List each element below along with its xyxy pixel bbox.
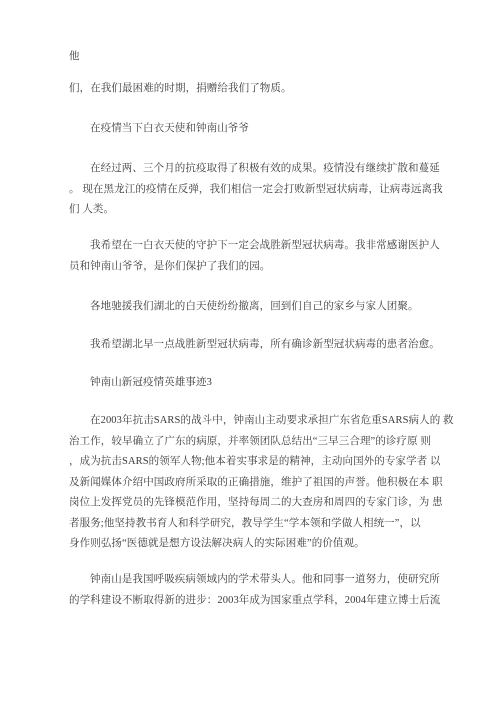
text-line: 各地驰援我们湖北的白天使纷纷撤离，回到们自己的家乡与家人团聚。	[69, 297, 441, 318]
section-heading: 钟南山新冠疫情英雄事迹3	[69, 373, 441, 394]
paragraph-angels-and-zhongnanshan: 在疫情当下白衣天使和钟南山爷爷	[69, 119, 441, 140]
text-line: 们，在我们最困难的时期，捐赠给我们了物质。	[69, 79, 441, 100]
text-line: 在经过两、三个月的抗疫取得了积极有效的成果。疫情没有继续扩散和蔓延	[69, 159, 441, 180]
document-page: 他 们，在我们最困难的时期，捐赠给我们了物质。 在疫情当下白衣天使和钟南山爷爷 …	[0, 0, 500, 707]
text-line: 在2003年抗击SARS的战斗中，钟南山主动要求承担广东省危重SARS病人的 救	[69, 411, 441, 432]
text-line: 岗位上发挥党员的先锋模范作用，坚持每周二的大查房和周四的专家门诊，为 患	[69, 493, 441, 514]
paragraph-donation: 们，在我们最困难的时期，捐赠给我们了物质。	[69, 79, 441, 100]
text-line: 在疫情当下白衣天使和钟南山爷爷	[69, 119, 441, 140]
text-line: 钟南山是我国呼吸疾病领域内的学术带头人。他和同事一道努力，使研究所	[69, 570, 441, 591]
text-line: 者服务;他坚持教书育人和科学研究，教导学生“学本领和学做人相统一”，以	[69, 514, 441, 535]
paragraph-hubei-wish: 我希望湖北早一点战胜新型冠状病毒，所有确诊新型冠状病毒的患者治愈。	[69, 335, 441, 356]
paragraph-hubei-withdrawal: 各地驰援我们湖北的白天使纷纷撤离，回到们自己的家乡与家人团聚。	[69, 297, 441, 318]
paragraph-epidemic-progress: 在经过两、三个月的抗疫取得了积极有效的成果。疫情没有继续扩散和蔓延 。 现在黑龙…	[69, 159, 441, 221]
text-line: ，成为抗击SARS的领军人物;他本着实事求是的精神，主动向国外的专家学者 以	[69, 452, 441, 473]
text-line: 身作则弘扬“医德就是想方设法解决病人的实际困难”的价值观。	[69, 534, 441, 555]
text-line: 治工作，较早确立了广东的病原，并率领团队总结出“三早三合理”的诊疗原 则	[69, 432, 441, 453]
section-heading-text: 钟南山新冠疫情英雄事迹3	[69, 373, 441, 394]
text-line: 。 现在黑龙江的疫情在反弹，我们相信一定会打败新型冠状病毒，让病毒远离我	[69, 180, 441, 201]
paragraph-hope-and-thanks: 我希望在一白衣天使的守护下一定会战胜新型冠状病毒。我非常感谢医护人 员和钟南山爷…	[69, 236, 441, 277]
paragraph-sars-2003-deeds: 在2003年抗击SARS的战斗中，钟南山主动要求承担广东省危重SARS病人的 救…	[69, 411, 441, 555]
text-line: 他	[69, 47, 441, 68]
text-line: 及新闻媒体介绍中国政府所采取的正确措施，维护了祖国的声誉。他积极在本 职	[69, 473, 441, 494]
text-line: 员和钟南山爷爷，是你们保护了我们的园。	[69, 257, 441, 278]
paragraph-continuation-he: 他	[69, 47, 441, 68]
text-line: 我希望湖北早一点战胜新型冠状病毒，所有确诊新型冠状病毒的患者治愈。	[69, 335, 441, 356]
paragraph-academic-leader: 钟南山是我国呼吸疾病领域内的学术带头人。他和同事一道努力，使研究所 的学科建设不…	[69, 570, 441, 611]
text-line: 的学科建设不断取得新的进步：2003年成为国家重点学科，2004年建立博士后流	[69, 591, 441, 612]
text-line: 们 人类。	[69, 200, 441, 221]
text-line: 我希望在一白衣天使的守护下一定会战胜新型冠状病毒。我非常感谢医护人	[69, 236, 441, 257]
